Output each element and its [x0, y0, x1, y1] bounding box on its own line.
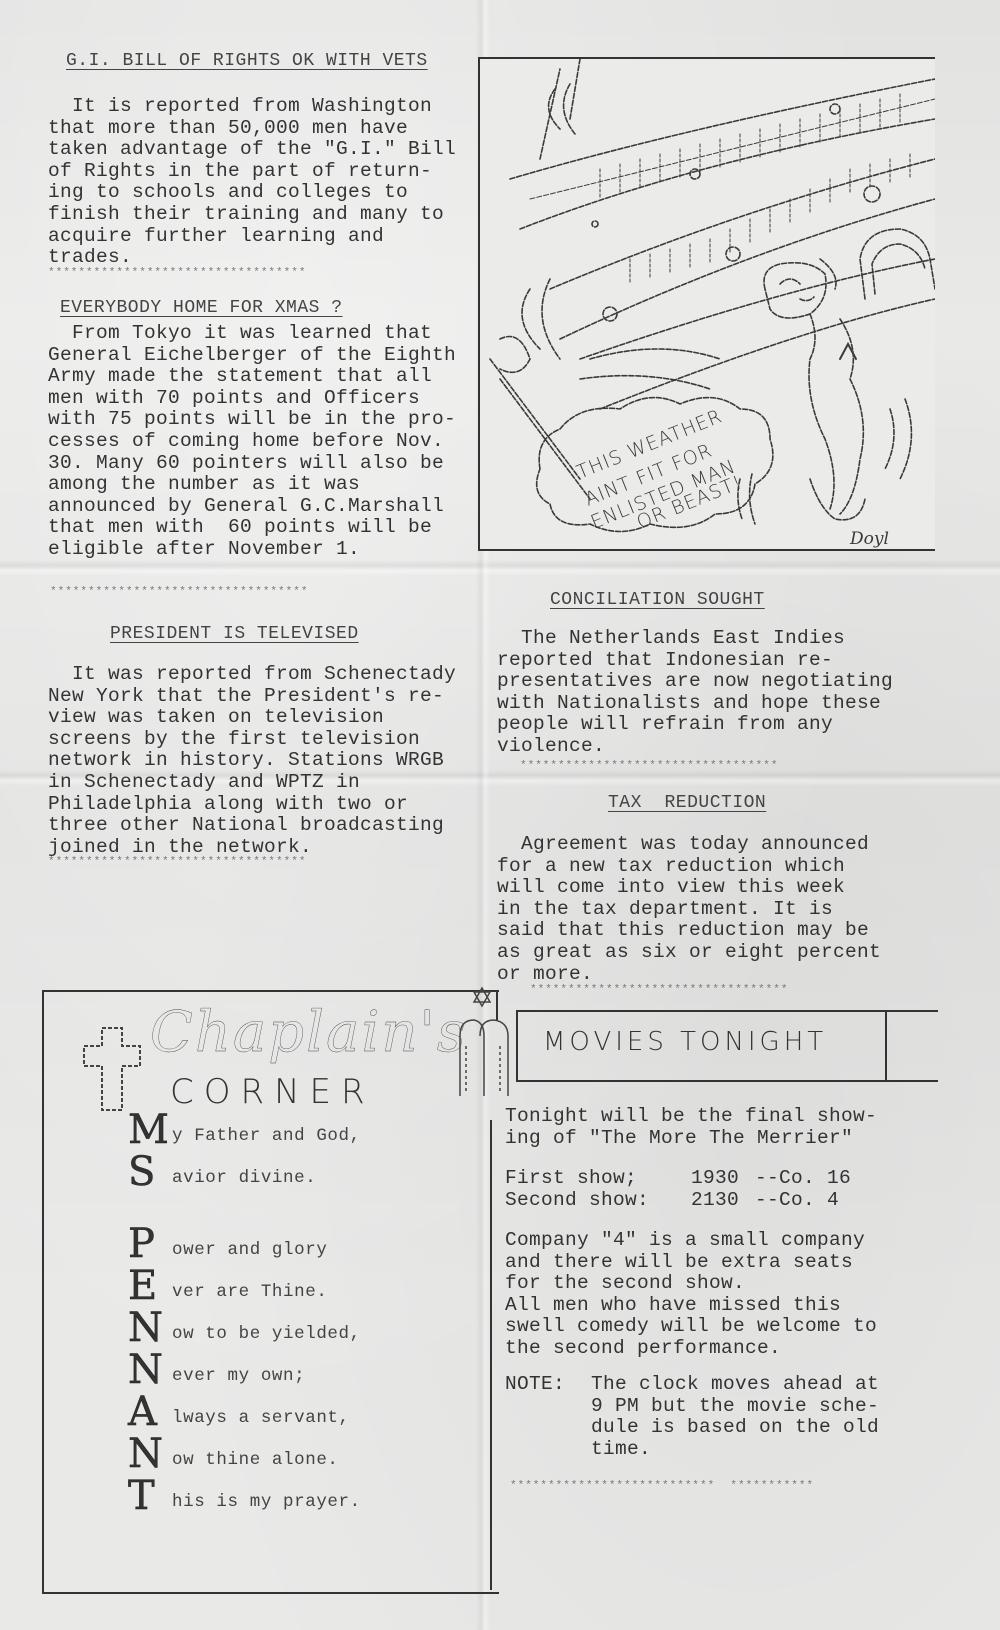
- article-line: 30. Many 60 pointers will also be: [48, 453, 456, 475]
- paper-fold: [0, 560, 1000, 576]
- schedule-label: First show;: [505, 1168, 691, 1190]
- headline-xmas: EVERYBODY HOME FOR XMAS ?: [60, 297, 343, 319]
- schedule-row: Second show: 2130 --Co. 4: [505, 1190, 851, 1212]
- article-line: that more than 50,000 men have: [48, 118, 456, 140]
- article-line: It was reported from Schenectady: [48, 664, 456, 686]
- schedule-company: --Co. 16: [755, 1168, 851, 1190]
- star-of-david-tablets-icon: [452, 986, 512, 1096]
- poem-initial: P: [128, 1224, 172, 1264]
- movies-schedule: First show; 1930 --Co. 16 Second show: 2…: [505, 1168, 851, 1211]
- headline-televised: PRESIDENT IS TELEVISED: [110, 623, 359, 645]
- schedule-time: 2130: [691, 1190, 755, 1212]
- note-line: 9 PM but the movie sche-: [591, 1396, 879, 1418]
- poem-initial: S: [128, 1152, 172, 1192]
- article-televised: It was reported from Schenectady New Yor…: [48, 664, 456, 858]
- movies-note: NOTE: The clock moves ahead at 9 PM but …: [505, 1374, 879, 1460]
- article-xmas: From Tokyo it was learned that General E…: [48, 323, 456, 561]
- article-line: New York that the President's re-: [48, 686, 456, 708]
- article-line: finish their training and many to: [48, 204, 456, 226]
- article-line: and there will be extra seats: [505, 1252, 877, 1274]
- article-line: The Netherlands East Indies: [497, 628, 893, 650]
- box-border: [490, 1120, 492, 1590]
- cartoon-illustration: THIS WEATHER AINT FIT FOR ENLISTED MAN O…: [478, 57, 935, 551]
- cartoon-signature: Doyl: [849, 529, 889, 549]
- article-line: view was taken on television: [48, 707, 456, 729]
- separator: **********************************: [48, 856, 306, 868]
- movies-banner-title: MOVIES TONIGHT: [543, 1027, 827, 1057]
- poem-line: This is my prayer.: [128, 1474, 361, 1516]
- article-line: in the tax department. It is: [497, 899, 881, 921]
- article-line: ing to schools and colleges to: [48, 182, 456, 204]
- article-line: screens by the first television: [48, 729, 456, 751]
- article-line: acquire further learning and: [48, 226, 456, 248]
- article-line: General Eichelberger of the Eighth: [48, 345, 456, 367]
- article-line: violence.: [497, 736, 893, 758]
- poem-line: Power and glory: [128, 1222, 361, 1264]
- article-line: ing of "The More The Merrier": [505, 1128, 877, 1150]
- poem-initial: N: [128, 1350, 172, 1390]
- article-line: network in history. Stations WRGB: [48, 750, 456, 772]
- poem-initial: N: [128, 1308, 172, 1348]
- movies-details: Company "4" is a small company and there…: [505, 1230, 877, 1360]
- poem-initial: M: [128, 1110, 172, 1150]
- article-line: Army made the statement that all: [48, 366, 456, 388]
- article-gi-bill: It is reported from Washington that more…: [48, 96, 456, 269]
- poem-initial: T: [128, 1476, 172, 1516]
- poem-initial: A: [128, 1392, 172, 1432]
- cartoon-drawing: THIS WEATHER AINT FIT FOR ENLISTED MAN O…: [480, 59, 935, 549]
- note-line: dule is based on the old: [591, 1417, 879, 1439]
- article-line: that men with 60 points will be: [48, 517, 456, 539]
- article-line: men with 70 points and Officers: [48, 388, 456, 410]
- article-line: swell comedy will be welcome to: [505, 1316, 877, 1338]
- article-line: Company "4" is a small company: [505, 1230, 877, 1252]
- article-line: reported that Indonesian re-: [497, 650, 893, 672]
- article-line: cesses of coming home before Nov.: [48, 431, 456, 453]
- note-line: time.: [591, 1439, 879, 1461]
- article-line: announced by General G.C.Marshall: [48, 496, 456, 518]
- article-line: All men who have missed this: [505, 1295, 877, 1317]
- article-line: with 75 points will be in the pro-: [48, 409, 456, 431]
- schedule-label: Second show:: [505, 1190, 691, 1212]
- box-border: [885, 1010, 887, 1080]
- separator: *************************** ***********: [510, 1480, 814, 1492]
- poem-line: Now thine alone.: [128, 1432, 361, 1474]
- cross-icon: [82, 1026, 142, 1112]
- article-conciliation: The Netherlands East Indies reported tha…: [497, 628, 893, 758]
- separator: **********************************: [48, 267, 306, 279]
- headline-tax-reduction: TAX REDUCTION: [608, 792, 766, 814]
- poem-line: Ever are Thine.: [128, 1264, 361, 1306]
- headline-gi-bill: G.I. BILL OF RIGHTS OK WITH VETS: [66, 50, 428, 72]
- poem-line: Savior divine.: [128, 1150, 361, 1192]
- chaplains-title-corner: CORNER: [170, 1072, 375, 1112]
- article-line: the second performance.: [505, 1338, 877, 1360]
- note-label: NOTE:: [505, 1374, 591, 1460]
- article-line: for a new tax reduction which: [497, 856, 881, 878]
- article-line: eligible after November 1.: [48, 539, 456, 561]
- article-line: with Nationalists and hope these: [497, 693, 893, 715]
- separator: **********************************: [530, 984, 788, 996]
- article-tax-reduction: Agreement was today announced for a new …: [497, 834, 881, 985]
- schedule-company: --Co. 4: [755, 1190, 839, 1212]
- poem-initial: E: [128, 1266, 172, 1306]
- article-line: will come into view this week: [497, 877, 881, 899]
- poem-line: My Father and God,: [128, 1108, 361, 1150]
- article-line: taken advantage of the "G.I." Bill: [48, 139, 456, 161]
- article-line: three other National broadcasting: [48, 815, 456, 837]
- note-body: The clock moves ahead at 9 PM but the mo…: [591, 1374, 879, 1460]
- article-line: in Schenectady and WPTZ in: [48, 772, 456, 794]
- poem-initial: N: [128, 1434, 172, 1474]
- article-line: of Rights in the part of return-: [48, 161, 456, 183]
- note-line: The clock moves ahead at: [591, 1374, 879, 1396]
- article-line: or more.: [497, 964, 881, 986]
- chaplains-title-script: Chaplain's: [150, 1000, 468, 1065]
- article-line: Philadelphia along with two or: [48, 794, 456, 816]
- schedule-row: First show; 1930 --Co. 16: [505, 1168, 851, 1190]
- article-line: It is reported from Washington: [48, 96, 456, 118]
- poem-spacer: [128, 1192, 361, 1222]
- article-line: presentatives are now negotiating: [497, 671, 893, 693]
- article-line: trades.: [48, 247, 456, 269]
- separator: **********************************: [50, 586, 308, 598]
- acrostic-poem: My Father and God, Savior divine. Power …: [128, 1108, 361, 1516]
- article-line: Agreement was today announced: [497, 834, 881, 856]
- article-line: people will refrain from any: [497, 714, 893, 736]
- poem-line: Now to be yielded,: [128, 1306, 361, 1348]
- article-line: as great as six or eight percent: [497, 942, 881, 964]
- article-line: From Tokyo it was learned that: [48, 323, 456, 345]
- article-line: among the number as it was: [48, 474, 456, 496]
- article-line: said that this reduction may be: [497, 920, 881, 942]
- poem-line: Never my own;: [128, 1348, 361, 1390]
- separator: **********************************: [520, 760, 778, 772]
- schedule-time: 1930: [691, 1168, 755, 1190]
- article-line: for the second show.: [505, 1273, 877, 1295]
- headline-conciliation: CONCILIATION SOUGHT: [550, 589, 765, 611]
- article-line: Tonight will be the final show-: [505, 1106, 877, 1128]
- poem-line: Always a servant,: [128, 1390, 361, 1432]
- movies-intro: Tonight will be the final show- ing of "…: [505, 1106, 877, 1149]
